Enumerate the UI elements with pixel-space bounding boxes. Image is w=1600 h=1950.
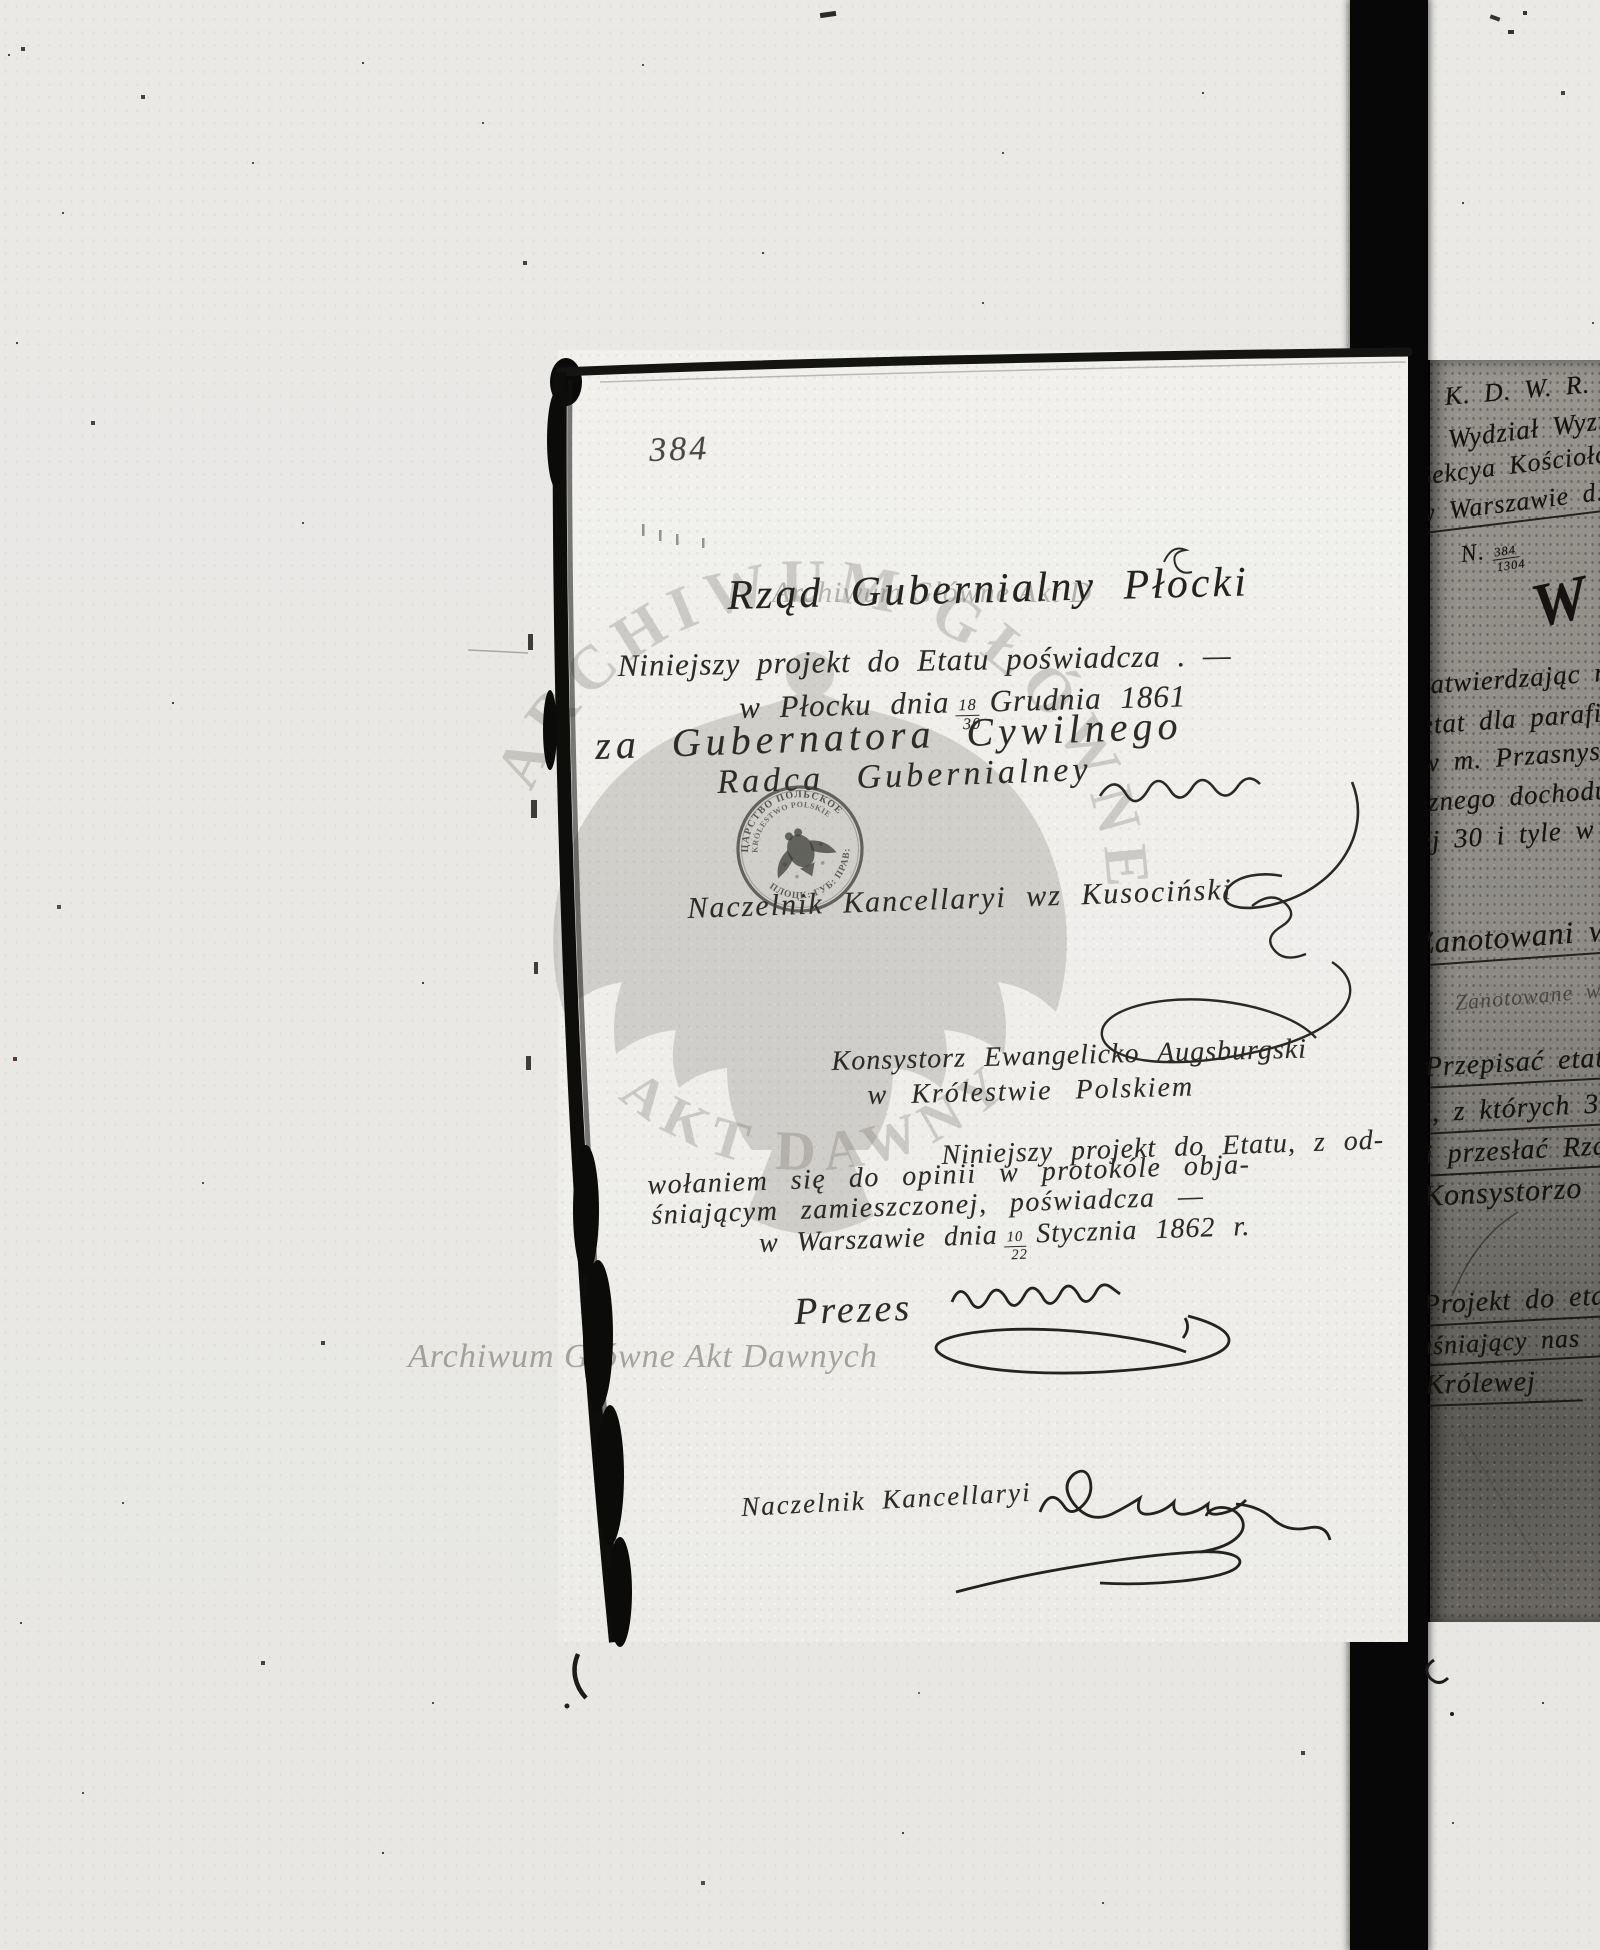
ink-layer: 384 Rząd Gubernialny Płocki Niniejszy pr… (0, 0, 1600, 1950)
heading-line-2: Niniejszy projekt do Etatu poświadcza . … (617, 637, 1232, 684)
cert-frac-denominator: 22 (1011, 1246, 1028, 1262)
kancellaria-line: Naczelnik Kancellaryi wz Kusociński (687, 873, 1234, 926)
heading-line-1: Rząd Gubernialny Płocki (727, 558, 1250, 620)
consistory-line-2: w Królestwie Polskiem (867, 1071, 1194, 1112)
prezes-label: Prezes (793, 1286, 912, 1334)
scanned-archive-photo: K. D. W. R. w Wydział Wyzn Sekcya Kościo… (0, 0, 1600, 1950)
bottom-naczelnik-label: Naczelnik Kancellaryi (740, 1477, 1032, 1523)
cert-date-post: Stycznia 1862 r. (1036, 1211, 1251, 1249)
consistory-line-1: Konsystorz Ewangelicko Augsburgski (831, 1034, 1307, 1078)
page-number: 384 (649, 430, 710, 470)
cert-frac-numerator: 10 (1004, 1230, 1027, 1247)
